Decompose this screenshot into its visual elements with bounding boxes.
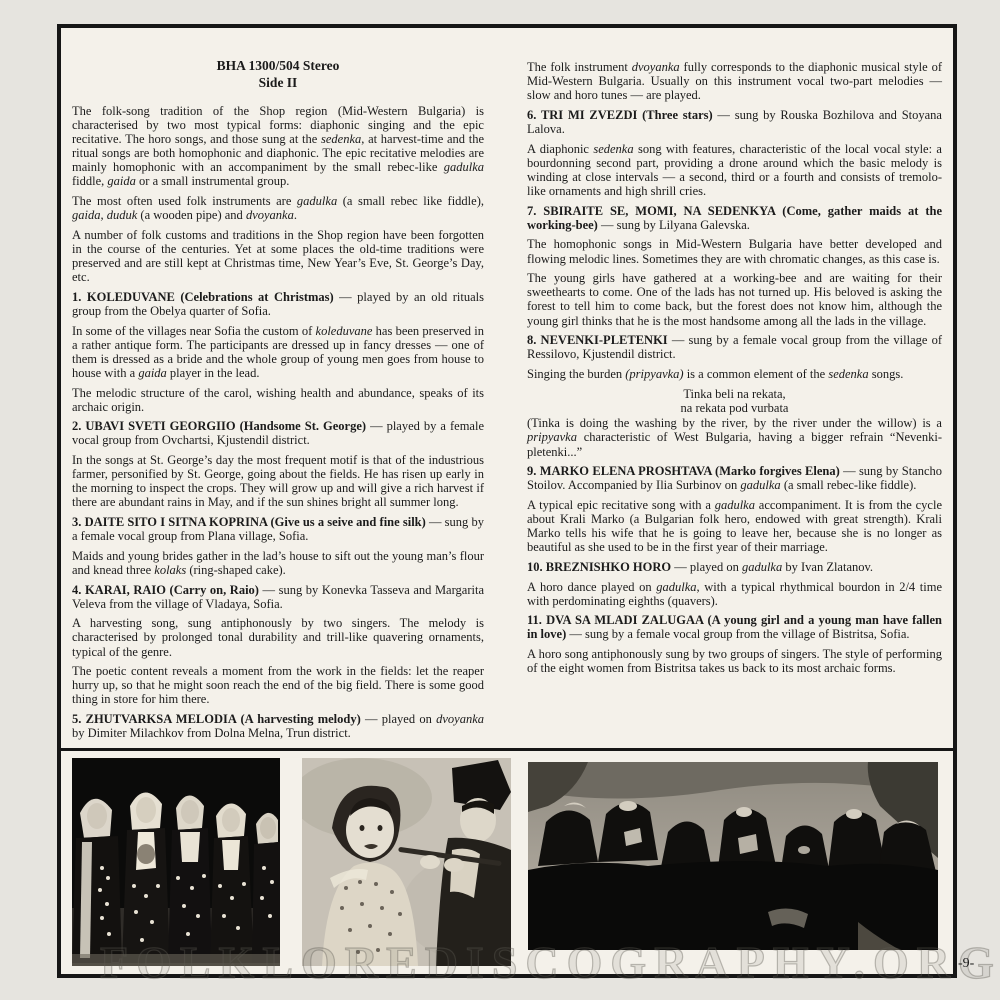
liner-notes-section: BHA 1300/504 Stereo Side II The folk-son…	[61, 28, 953, 746]
paragraph: A diaphonic sedenka song with features, …	[527, 142, 942, 199]
track-entry: 6. TRI MI ZVEZDI (Three stars) — sung by…	[527, 108, 942, 136]
paragraph: The most often used folk instruments are…	[72, 194, 484, 222]
right-column: The folk instrument dvoyanka fully corre…	[527, 60, 942, 681]
paragraph: The young girls have gathered at a worki…	[527, 271, 942, 328]
track-entry: 7. SBIRAITE SE, MOMI, NA SEDENKYA (Come,…	[527, 204, 942, 232]
track-entry: 2. UBAVI SVETI GEORGIIO (Handsome St. Ge…	[72, 419, 484, 447]
paragraph: A harvesting song, sung antiphonously by…	[72, 616, 484, 658]
track-entry: 5. ZHUTVARKSA MELODIA (A harvesting melo…	[72, 712, 484, 740]
paragraph: The folk-song tradition of the Shop regi…	[72, 104, 484, 189]
left-column-blocks: The folk-song tradition of the Shop regi…	[72, 104, 484, 741]
paragraph: In the songs at St. George’s day the mos…	[72, 453, 484, 510]
paragraph: (Tinka is doing the washing by the river…	[527, 416, 942, 458]
left-column: BHA 1300/504 Stereo Side II The folk-son…	[72, 58, 484, 746]
verse-lines: Tinka beli na rekata,na rekata pod vurba…	[527, 387, 942, 416]
track-entry: 8. NEVENKI-PLETENKI — sung by a female v…	[527, 333, 942, 361]
paragraph: A typical epic recitative song with a ga…	[527, 498, 942, 555]
paragraph: Singing the burden (pripyavka) is a comm…	[527, 367, 942, 381]
side-label: Side II	[72, 75, 484, 92]
paragraph: The poetic content reveals a moment from…	[72, 664, 484, 706]
track-entry: 1. KOLEDUVANE (Celebrations at Christmas…	[72, 290, 484, 318]
photo-singer-and-flutist-image	[302, 758, 511, 966]
photo-outdoor-folk-group-image	[528, 762, 938, 950]
album-back-cover-page: BHA 1300/504 Stereo Side II The folk-son…	[57, 24, 957, 978]
paragraph: The homophonic songs in Mid-Western Bulg…	[527, 237, 942, 265]
track-entry: 9. MARKO ELENA PROSHTAVA (Marko forgives…	[527, 464, 942, 492]
photo-folk-choir-image	[72, 758, 280, 966]
track-entry: 4. KARAI, RAIO (Carry on, Raio) — sung b…	[72, 583, 484, 611]
paragraph: A horo song antiphonously sung by two gr…	[527, 647, 942, 675]
track-entry: 10. BREZNISHKO HORO — played on gadulka …	[527, 560, 942, 574]
track-entry: 11. DVA SA MLADI ZALUGAA (A young girl a…	[527, 613, 942, 641]
right-column-blocks: The folk instrument dvoyanka fully corre…	[527, 60, 942, 675]
paragraph: The folk instrument dvoyanka fully corre…	[527, 60, 942, 102]
paragraph: In some of the villages near Sofia the c…	[72, 324, 484, 381]
track-entry: 3. DAITE SITO I SITNA KOPRINA (Give us a…	[72, 515, 484, 543]
section-divider-rule	[61, 748, 953, 751]
paragraph: A horo dance played on gadulka, with a t…	[527, 580, 942, 608]
page-number: -9-	[958, 956, 974, 972]
paragraph: The melodic structure of the carol, wish…	[72, 386, 484, 414]
header: BHA 1300/504 Stereo Side II	[72, 58, 484, 92]
paragraph: Maids and young brides gather in the lad…	[72, 549, 484, 577]
paragraph: A number of folk customs and traditions …	[72, 228, 484, 285]
catalog-number: BHA 1300/504 Stereo	[72, 58, 484, 75]
